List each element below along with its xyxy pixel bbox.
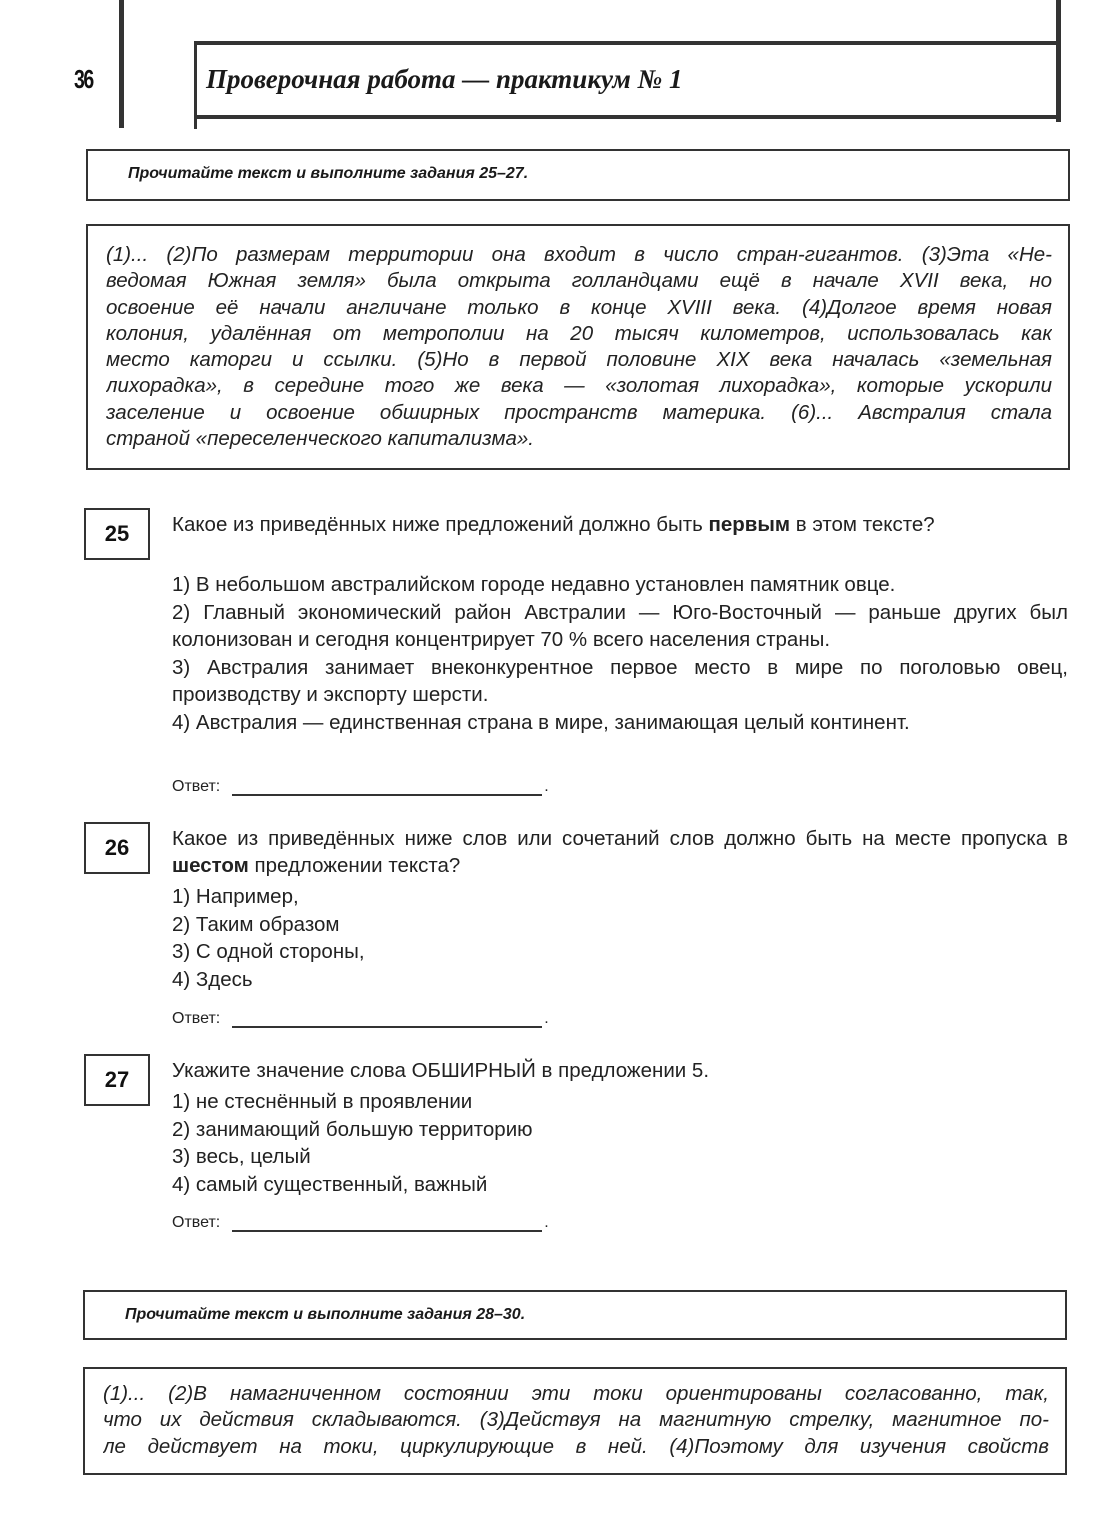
page-number: 36 [74, 64, 93, 95]
emphasis: первым [708, 513, 790, 536]
header-frame-line [194, 119, 197, 129]
text-line: ле действует на токи, циркулирующие в не… [103, 1434, 1049, 1460]
text-line: колония, удалённая от метрополии на 20 т… [106, 321, 1052, 347]
option-item[interactable]: 4) Австралия — единственная страна в мир… [172, 709, 1068, 737]
option-item[interactable]: 4) самый существенный, важный [172, 1171, 1068, 1199]
text-line: ведомая Южная земля» была открыта голлан… [106, 268, 1052, 294]
task-question: Какое из приведённых ниже слов или сочет… [172, 825, 1068, 879]
instruction-box-25-27: Прочитайте текст и выполните задания 25–… [86, 149, 1070, 201]
answer-row: Ответ: . [172, 1010, 549, 1028]
reading-text: (1)... (2)В намагниченном состоянии эти … [103, 1381, 1049, 1460]
instruction-box-28-30: Прочитайте текст и выполните задания 28–… [83, 1290, 1067, 1340]
page-title: Проверочная работа — практикум № 1 [206, 64, 683, 95]
option-item[interactable]: 1) Например, [172, 883, 1068, 911]
option-item[interactable]: 2) занимающий большую территорию [172, 1116, 1068, 1144]
emphasis: шестом [172, 854, 249, 877]
option-item[interactable]: 2) Главный экономический район Австралии… [172, 599, 1068, 654]
instruction-text: Прочитайте текст и выполните задания 25–… [128, 165, 528, 183]
task-number-badge: 27 [84, 1054, 150, 1106]
option-item[interactable]: 2) Таким образом [172, 911, 1068, 939]
text-line: (1)... (2)В намагниченном состоянии эти … [103, 1381, 1049, 1407]
task-number-badge: 25 [84, 508, 150, 560]
answer-label: Ответ: [172, 778, 220, 796]
task-options: 1) не стеснённый в проявлении 2) занимаю… [172, 1088, 1068, 1198]
task-question: Какое из приведённых ниже предложений до… [172, 511, 1068, 538]
text-line: заселение и освоение обширных пространст… [106, 400, 1052, 426]
answer-label: Ответ: [172, 1214, 220, 1232]
answer-field[interactable] [232, 1216, 542, 1232]
text-line: страной «переселенческого капитализма». [106, 426, 1052, 452]
option-item[interactable]: 1) не стеснённый в проявлении [172, 1088, 1068, 1116]
answer-row: Ответ: . [172, 778, 549, 796]
text-line: лихорадка», в середине того же века — «з… [106, 373, 1052, 399]
reading-text: (1)... (2)По размерам территории она вхо… [106, 242, 1052, 452]
task-question: Укажите значение слова ОБШИРНЫЙ в предло… [172, 1057, 1068, 1084]
text-line: (1)... (2)По размерам территории она вхо… [106, 242, 1052, 268]
header-frame-line [1056, 0, 1061, 122]
answer-label: Ответ: [172, 1010, 220, 1028]
answer-field[interactable] [232, 1012, 542, 1028]
option-item[interactable]: 3) Австралия занимает внеконкурентное пе… [172, 654, 1068, 709]
reading-text-box-2: (1)... (2)В намагниченном состоянии эти … [83, 1367, 1067, 1475]
text-line: что их действия складываются. (3)Действу… [103, 1407, 1049, 1433]
text-line: освоение её начали англичане только в ко… [106, 295, 1052, 321]
task-number-badge: 26 [84, 822, 150, 874]
option-item[interactable]: 1) В небольшом австралийском городе неда… [172, 571, 1068, 599]
instruction-text: Прочитайте текст и выполните задания 28–… [125, 1306, 525, 1324]
option-item[interactable]: 4) Здесь [172, 966, 1068, 994]
option-item[interactable]: 3) весь, целый [172, 1143, 1068, 1171]
reading-text-box-1: (1)... (2)По размерам территории она вхо… [86, 224, 1070, 470]
option-item[interactable]: 3) С одной стороны, [172, 938, 1068, 966]
answer-field[interactable] [232, 780, 542, 796]
text-line: место каторги и ссылки. (5)Но в первой п… [106, 347, 1052, 373]
answer-row: Ответ: . [172, 1214, 549, 1232]
task-options: 1) В небольшом австралийском городе неда… [172, 571, 1068, 736]
page-margin-line [119, 0, 124, 128]
task-options: 1) Например, 2) Таким образом 3) С одной… [172, 883, 1068, 993]
